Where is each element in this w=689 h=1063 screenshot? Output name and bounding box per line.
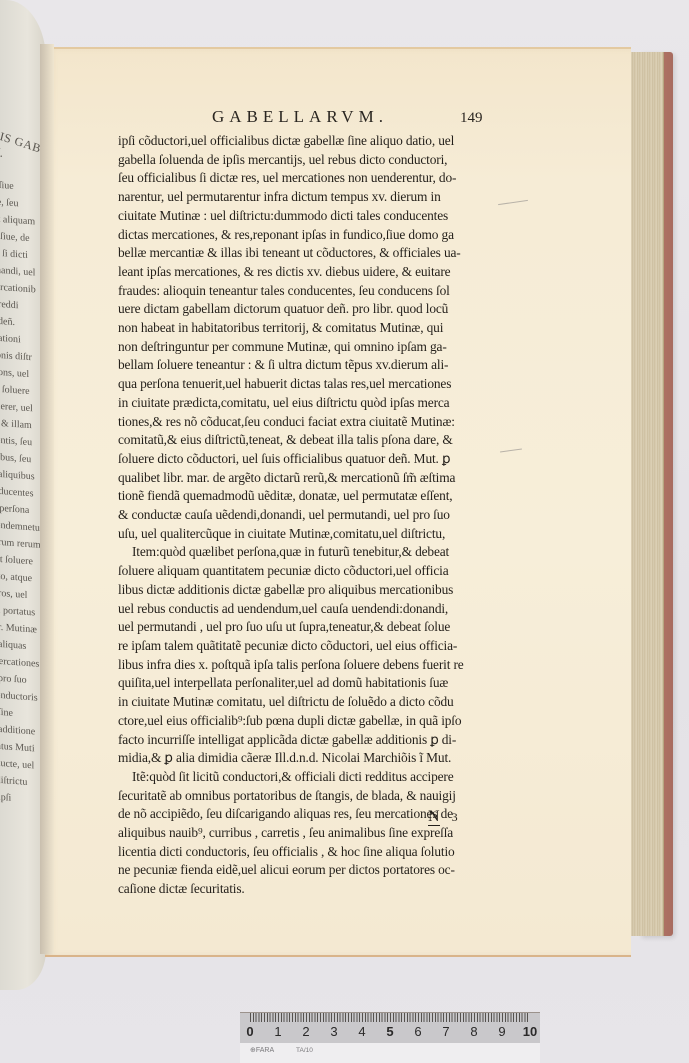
book-gutter — [40, 44, 54, 954]
page-stack-edge — [628, 52, 664, 936]
text-line: ipſi cõductori,uel officialibus dictæ ga… — [118, 132, 502, 151]
text-line: uere dictam gabellam dictorum quatuor de… — [118, 300, 502, 319]
running-head: GABELLARVM. — [212, 107, 388, 127]
paragraph-1: ipſi cõductori,uel officialibus dictæ ga… — [118, 132, 502, 543]
text-line: ſoluere dicto cõductori, uel ſuis offici… — [118, 450, 502, 469]
ruler-model-label: TA/10 — [296, 1047, 313, 1054]
ruler-ticks — [250, 1013, 530, 1022]
text-line: qualibet libr. mar. de argẽto dictarũ re… — [118, 469, 502, 488]
text-line: ſeu officialibus ſi dictæ res, uel merca… — [118, 169, 502, 188]
text-line: comitatũ,& eius diſtrictũ,teneat, & debe… — [118, 431, 502, 450]
text-line: quiſita,uel interpellata perſonaliter,ue… — [118, 674, 502, 693]
text-line: libus dictæ additionis dictæ gabellæ pro… — [118, 581, 502, 600]
left-page-lines: a tam territorij, ſiueitatu exiſtere, ſe… — [0, 178, 43, 810]
text-line: leant ipſas mercationes, & res dictis xv… — [118, 263, 502, 282]
ruler-number: 7 — [442, 1024, 449, 1039]
text-line: facto incurriſſe intelligat applicãda di… — [118, 731, 502, 750]
text-line: ſoluere aliquam quantitatem pecuniæ dict… — [118, 562, 502, 581]
ruler-number: 1 — [274, 1024, 281, 1039]
text-line: uel rebus conductis ad uendendum,uel cau… — [118, 600, 502, 619]
text-line: non habeat in habitatoribus territorij, … — [118, 319, 502, 338]
left-page-line: a tam territorij, ſiue — [0, 174, 43, 198]
text-line: Itẽ:quòd ſit licitũ conductori,& officia… — [118, 768, 502, 787]
text-line: uel permutandi , uel pro ſuo uſu ut ſupr… — [118, 618, 502, 637]
text-line: & conductæ cauſa uẽdendi,donandi, uel pe… — [118, 506, 502, 525]
ruler-number: 8 — [470, 1024, 477, 1039]
text-line: licentia dicti conductoris, ſeu official… — [118, 843, 502, 862]
text-line: ciuitate Mutinæ : uel diſtrictu:dummodo … — [118, 207, 502, 226]
ruler-scale: 012345678910 — [240, 1012, 540, 1043]
text-line: re ipſam talem quãtitatẽ pecuniæ dicto c… — [118, 637, 502, 656]
text-line: uſu, uel qualitercũque in ciuitate Mutin… — [118, 525, 502, 544]
ruler-number: 4 — [358, 1024, 365, 1039]
text-line: fraudes: alioquin teneantur tales conduc… — [118, 282, 502, 301]
text-line: Item:quòd quælibet perſona,quæ in futurũ… — [118, 543, 502, 562]
ruler-number: 10 — [523, 1024, 537, 1039]
scale-ruler: 012345678910 ⊕FARA TA/10 — [240, 1012, 540, 1063]
text-line: tiones,& res nõ cõducat,ſeu conduci faci… — [118, 413, 502, 432]
ruler-number: 2 — [302, 1024, 309, 1039]
text-line: ne pecuniæ fienda eidẽ,uel alicui eorum … — [118, 861, 502, 880]
ruler-numbers: 012345678910 — [240, 1024, 540, 1042]
text-line: tionẽ fiendã quemadmodũ uẽditæ, donatæ, … — [118, 487, 502, 506]
ruler-brand-logo: ⊕FARA — [250, 1046, 274, 1054]
text-line: midia,& ꝑ alia dimidia cãeræ Ill.d.n.d. … — [118, 749, 502, 768]
text-line: dictas mercationes, & res,reponant ipſas… — [118, 226, 502, 245]
paragraph-3: Itẽ:quòd ſit licitũ conductori,& officia… — [118, 768, 502, 899]
text-line: libus infra dies x. poſtquã ipſa talis p… — [118, 656, 502, 675]
ruler-number: 9 — [498, 1024, 505, 1039]
text-line: in ciuitate Mutinæ comitatu, uel diſtric… — [118, 693, 502, 712]
ruler-number: 5 — [386, 1024, 393, 1039]
text-line: qua perſona tenuerit,uel habuerit dictas… — [118, 375, 502, 394]
ruler-number: 0 — [246, 1024, 253, 1039]
text-line: aliquibus nauib⁹, curribus , carretis , … — [118, 824, 502, 843]
signature-letter: N — [428, 808, 440, 826]
page-number: 149 — [460, 110, 483, 127]
paragraph-2: Item:quòd quælibet perſona,quæ in futurũ… — [118, 543, 502, 767]
text-line: ſecuritatẽ ab omnibus portatoribus de ſt… — [118, 787, 502, 806]
text-line: caſione dictæ ſecuritatis. — [118, 880, 502, 899]
signature-mark: N3 — [428, 808, 458, 826]
signature-number: 3 — [452, 810, 458, 824]
ruler-number: 6 — [414, 1024, 421, 1039]
left-page-line: ipſi — [0, 790, 43, 810]
text-line: gabella ſoluenda de ipſis mercantijs, ue… — [118, 151, 502, 170]
text-line: non deſtringuntur per commune Mutinæ, qu… — [118, 338, 502, 357]
text-line: in ciuitate prædicta,comitatu, uel eius … — [118, 394, 502, 413]
ruler-number: 3 — [330, 1024, 337, 1039]
text-line: bellam ſoluere teneantur : & ſi ultra di… — [118, 356, 502, 375]
body-text: ipſi cõductori,uel officialibus dictæ ga… — [118, 132, 502, 899]
text-line: bellæ mercantiæ & illas ibi teneant ut c… — [118, 244, 502, 263]
text-line: narentur, uel permutarentur infra dictum… — [118, 188, 502, 207]
text-line: ctore,uel eius officialib⁹:ſub pœna dupl… — [118, 712, 502, 731]
